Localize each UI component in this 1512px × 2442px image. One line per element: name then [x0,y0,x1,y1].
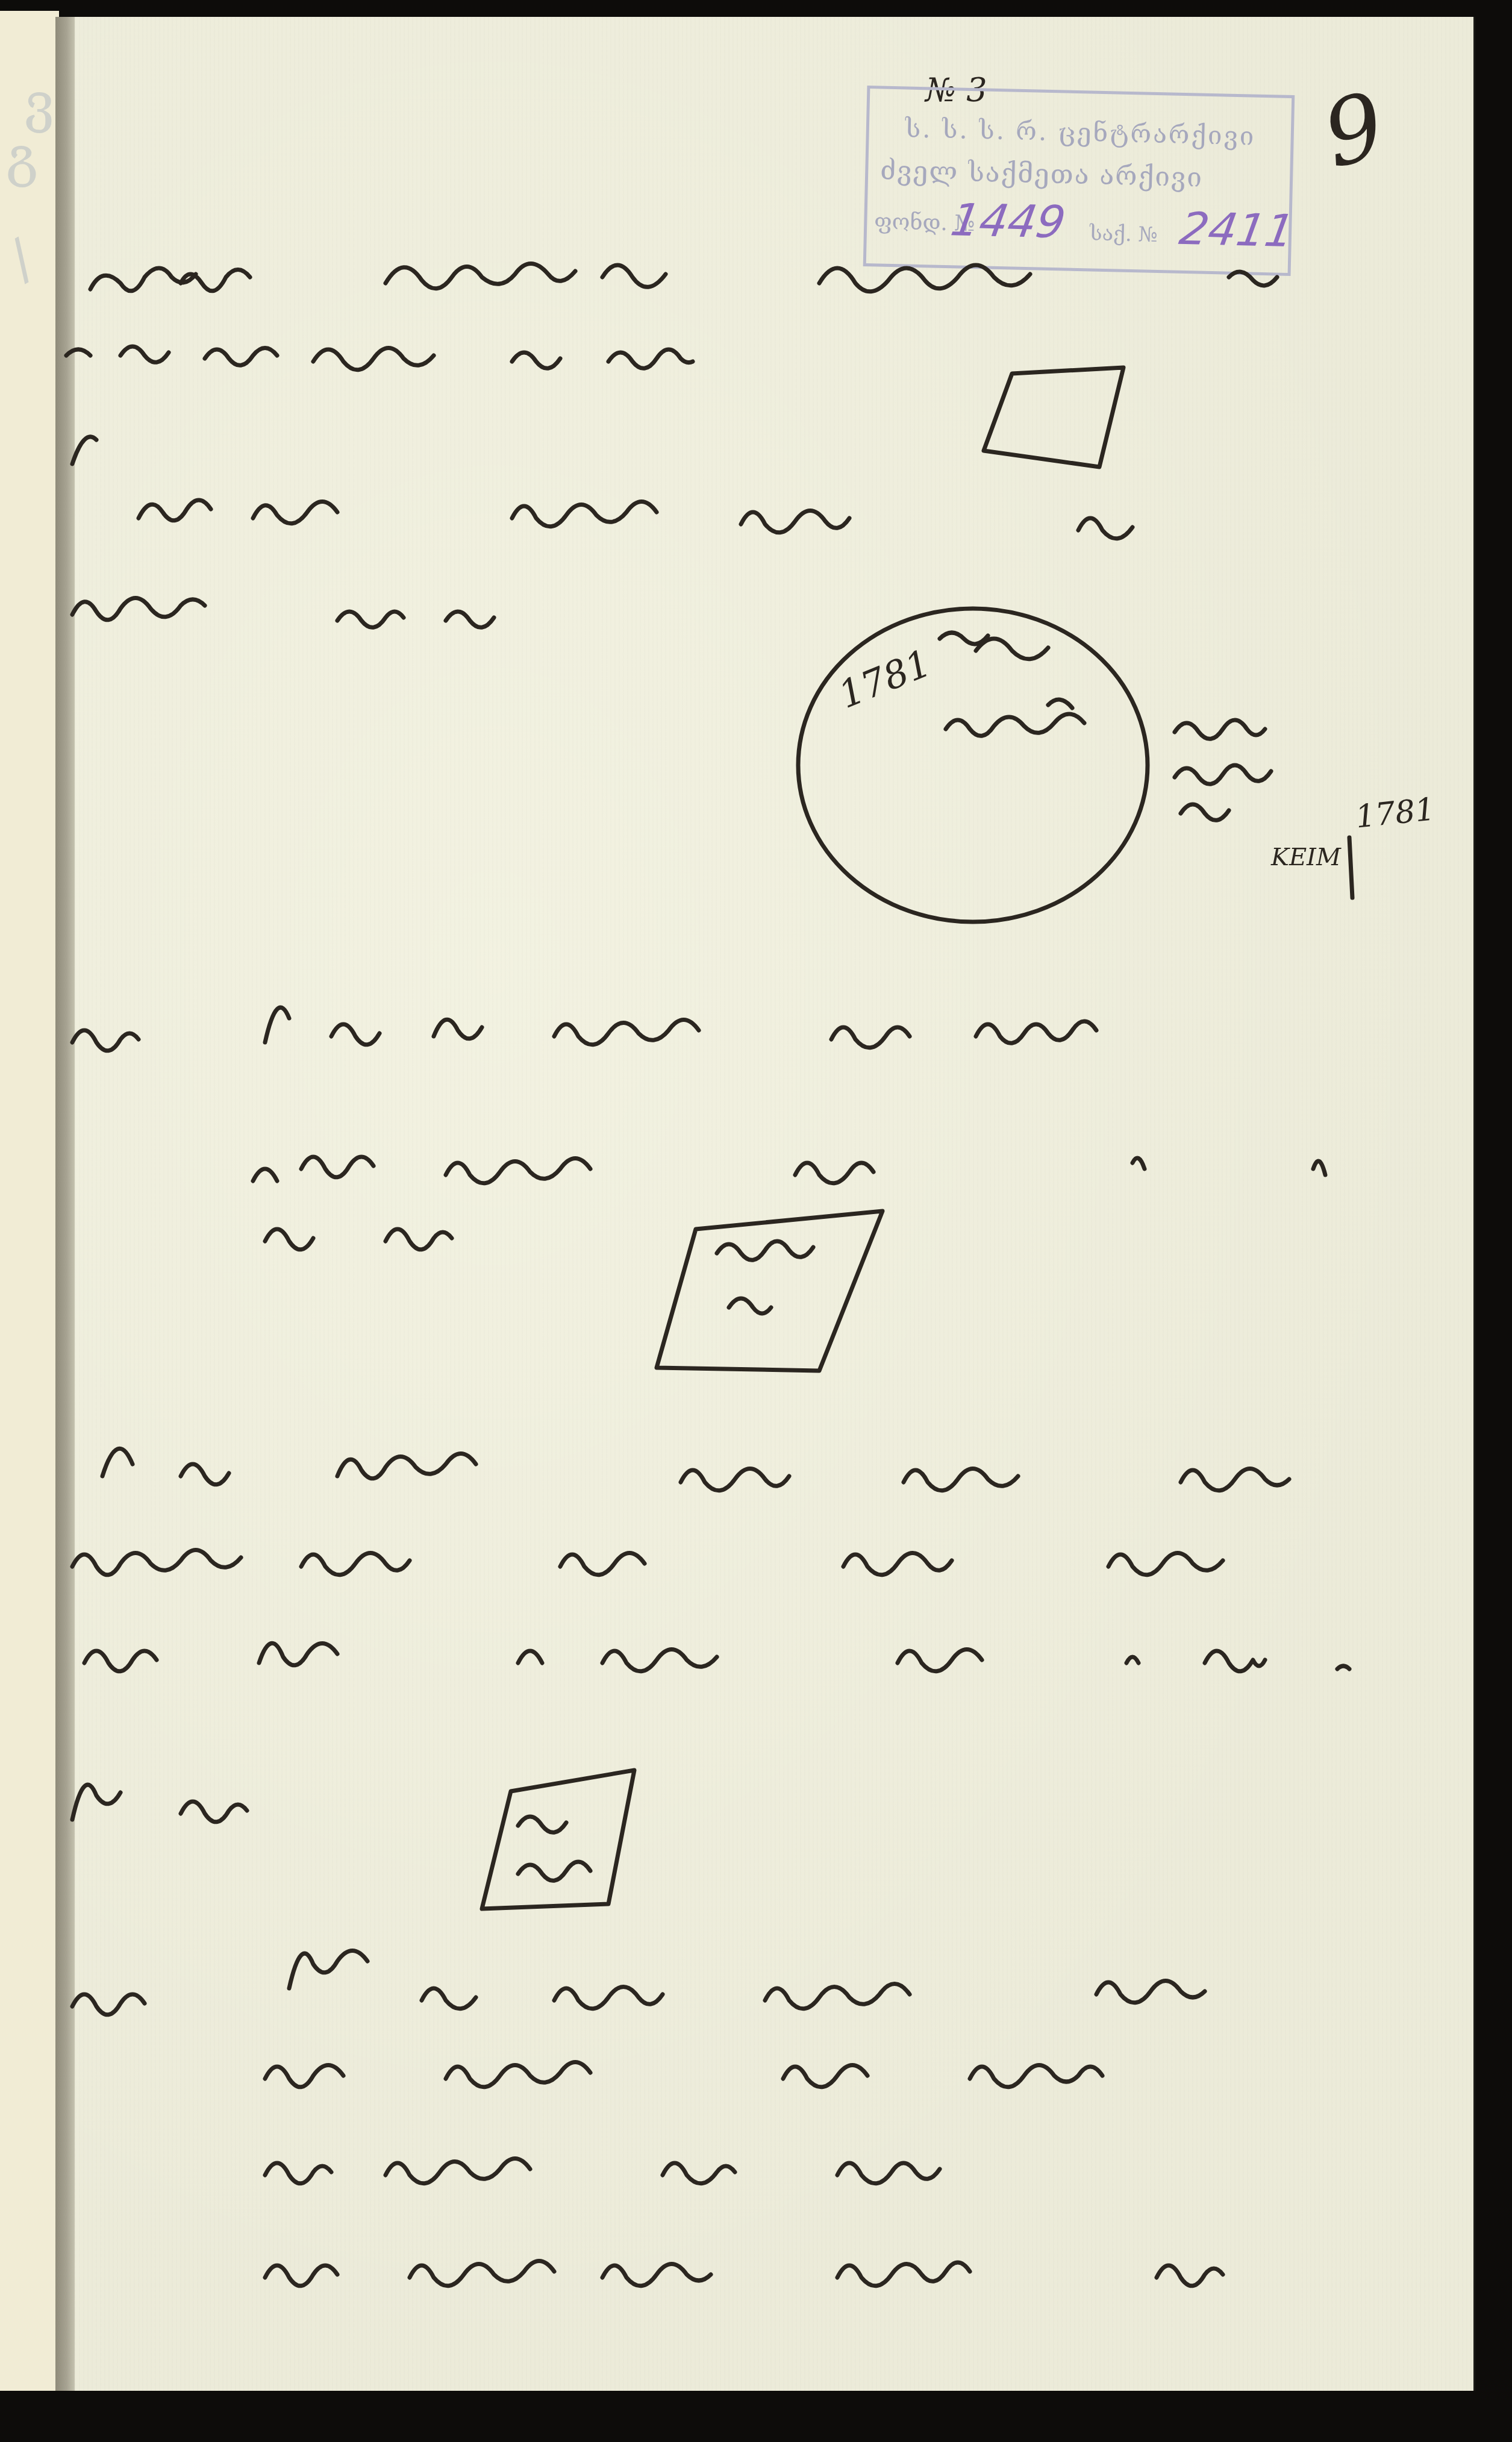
handwritten-line [265,2062,1102,2087]
handwritten-line [72,1007,1096,1051]
handwritten-text-layer [0,0,1512,2442]
handwritten-line [72,1951,1205,2015]
handwritten-seal-text [717,1241,813,1313]
handwritten-line [84,1643,1349,1671]
seal-box-sketch [657,1211,883,1371]
square-sketch [984,368,1123,467]
handwritten-line [90,264,1277,292]
handwritten-line [66,346,693,370]
handwritten-line [265,2261,1223,2286]
handwritten-line [102,1448,1289,1491]
handwritten-line [72,437,1132,539]
handwritten-line [265,1229,452,1250]
handwritten-line [72,598,494,628]
seal-circle-sketch [798,609,1148,922]
handwritten-line [265,2159,940,2184]
handwritten-line [72,1550,1223,1575]
handwritten-line [72,1785,247,1822]
handwritten-seal-text [518,1817,590,1880]
handwritten-line [253,1157,1325,1183]
latin-signature: KEIM [1271,844,1341,871]
seal-box-sketch [482,1770,634,1909]
